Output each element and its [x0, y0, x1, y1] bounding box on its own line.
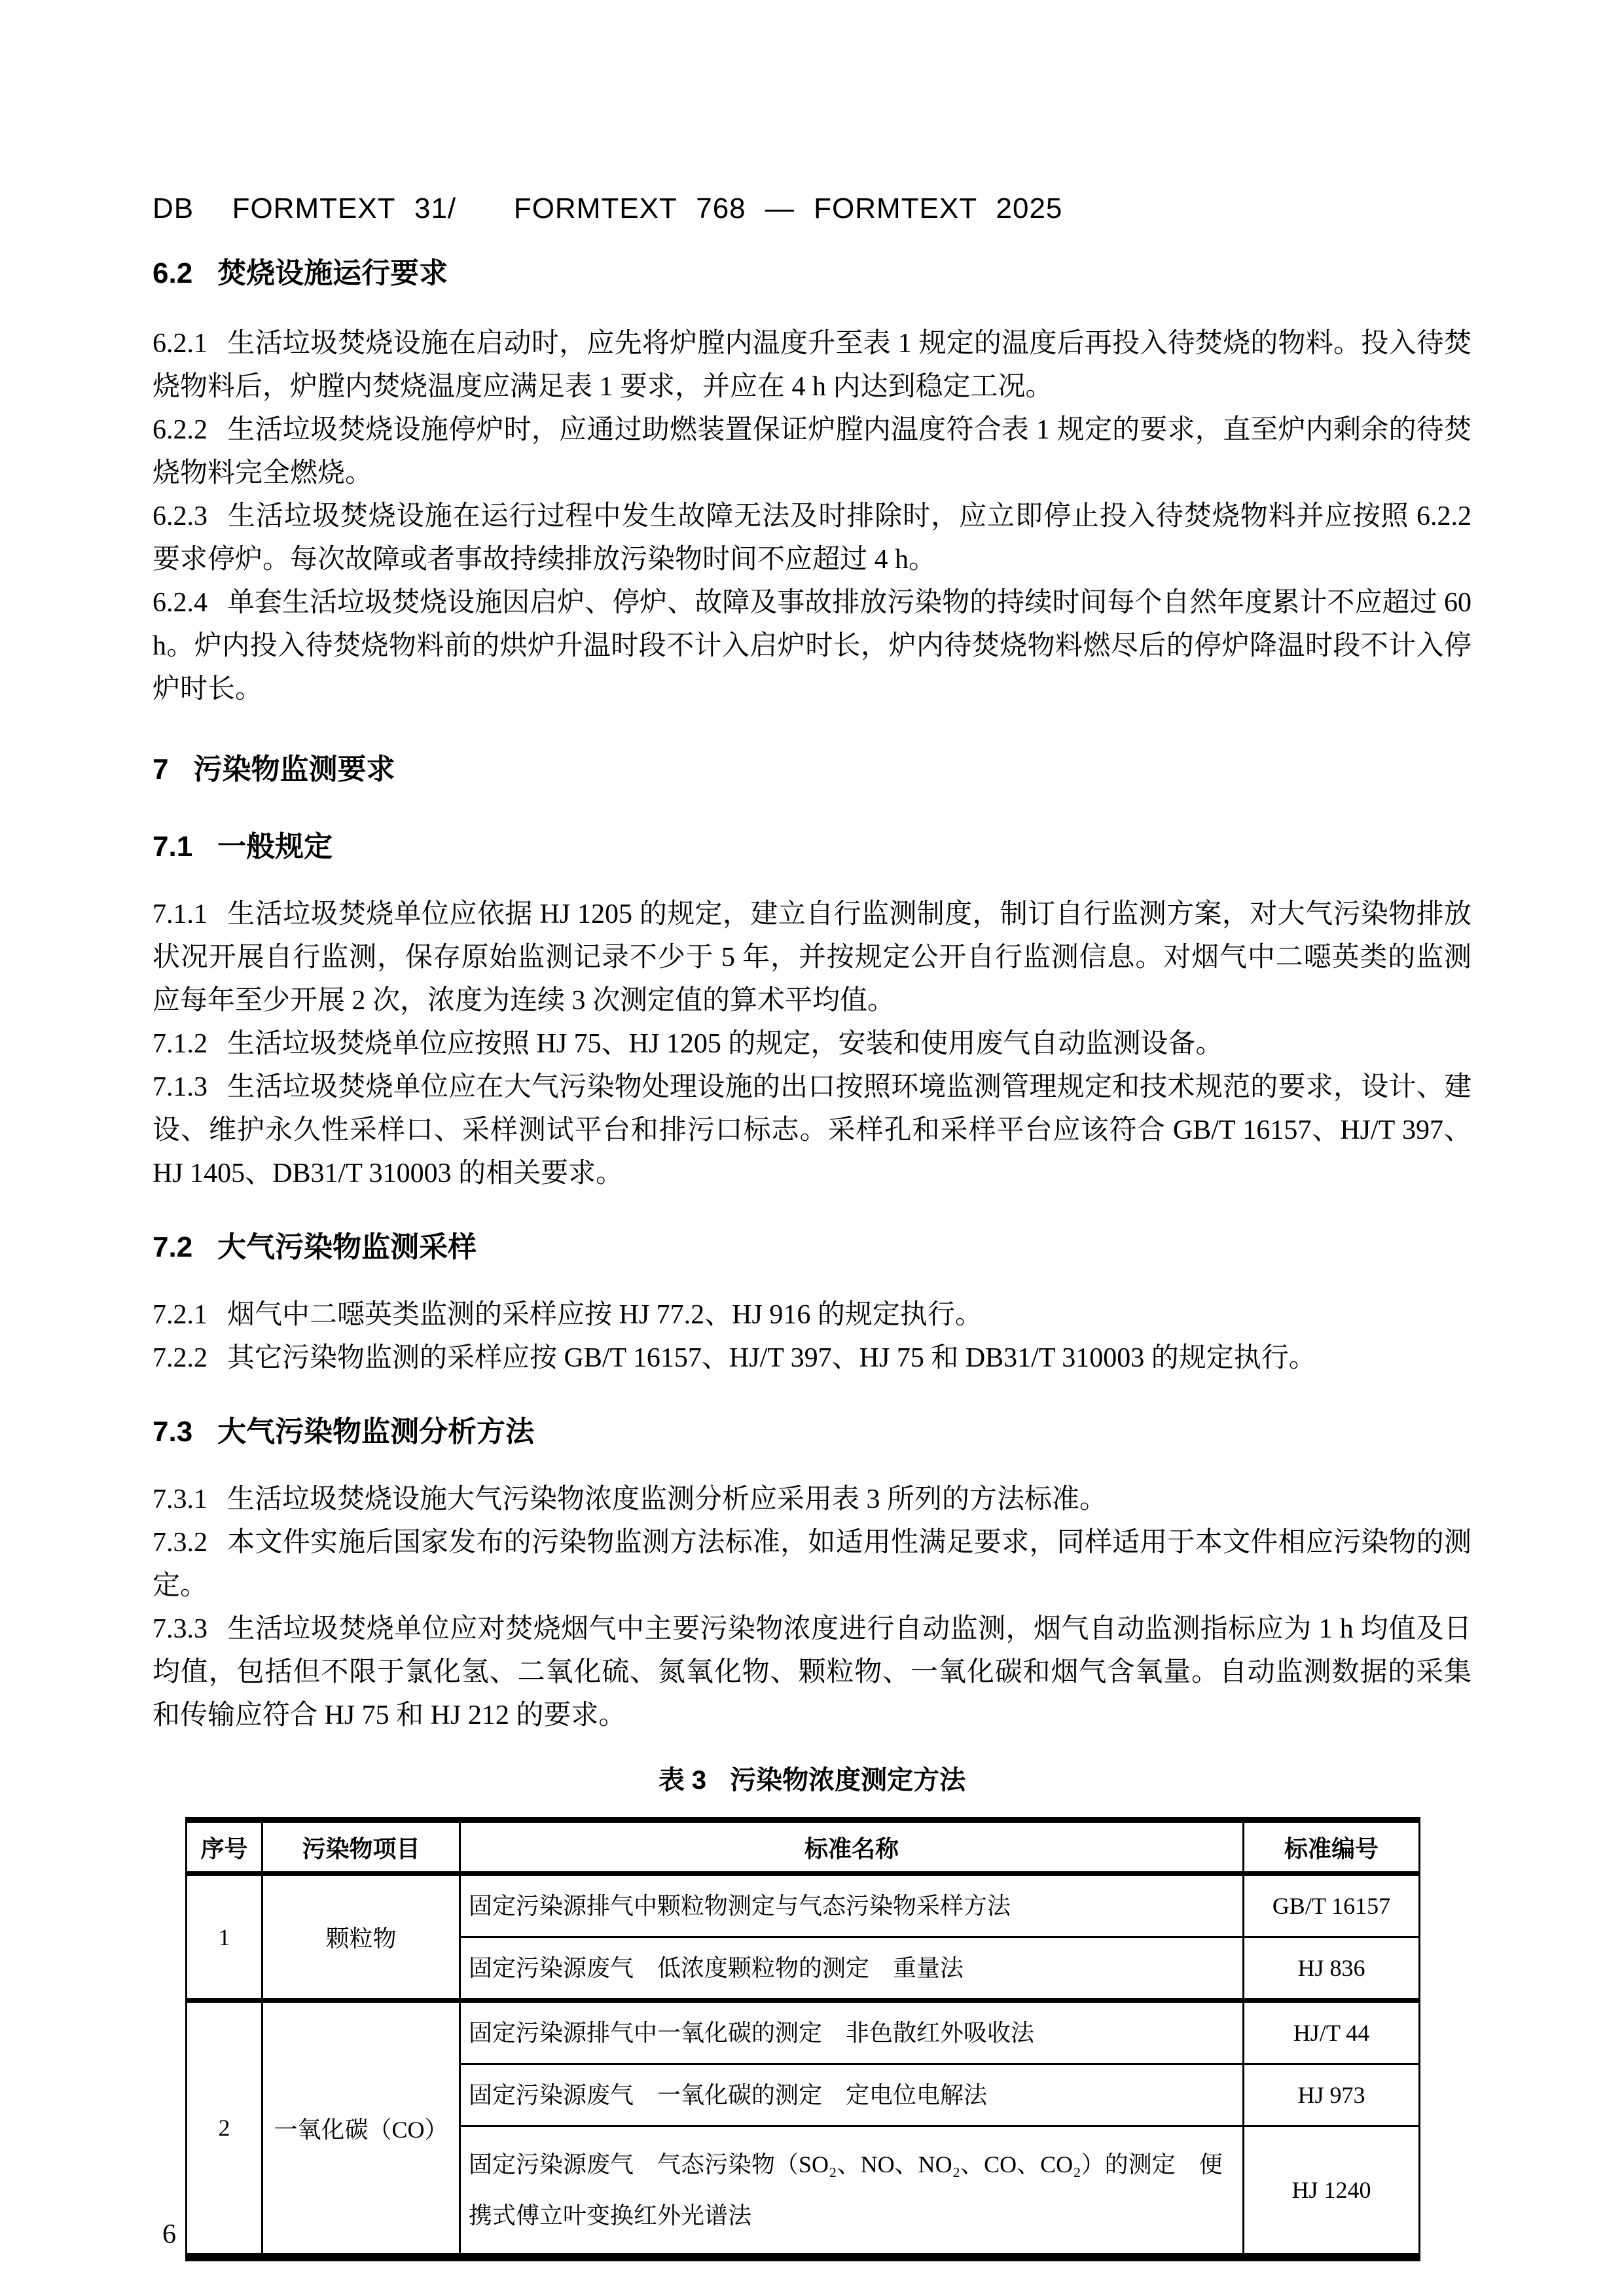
col-header-standard-name: 标准名称 — [460, 1820, 1244, 1874]
clause-text: 生活垃圾焚烧单位应依据 HJ 1205 的规定，建立自行监测制度，制订自行监测方… — [153, 899, 1471, 1016]
clause-block-7-2: 7.2.1烟气中二噁英类监测的采样应按 HJ 77.2、HJ 916 的规定执行… — [153, 1293, 1471, 1380]
cell-standard-name: 固定污染源废气 气态污染物（SO₂、NO、NO₂、CO、CO₂）的测定 便携式傅… — [460, 2126, 1244, 2257]
clause-number: 6.2.4 — [153, 588, 208, 618]
clause-paragraph: 6.2.4单套生活垃圾焚烧设施因启炉、停炉、故障及事故排放污染物的持续时间每个自… — [153, 581, 1471, 711]
table-caption-label: 表 3 — [659, 1766, 706, 1795]
cell-standard-code: GB/T 16157 — [1244, 1874, 1420, 1937]
cell-pollutant: 颗粒物 — [262, 1874, 460, 2001]
section-heading-7-1: 7.1一般规定 — [153, 831, 1471, 863]
section-heading-7: 7污染物监测要求 — [153, 754, 1471, 785]
cell-standard-name: 固定污染源排气中一氧化碳的测定 非色散红外吸收法 — [460, 2001, 1244, 2064]
clause-number: 7.2.1 — [153, 1300, 208, 1330]
section-number: 7 — [153, 753, 168, 785]
cell-standard-code: HJ 973 — [1244, 2064, 1420, 2126]
clause-block-7-1: 7.1.1生活垃圾焚烧单位应依据 HJ 1205 的规定，建立自行监测制度，制订… — [153, 893, 1471, 1195]
clause-number: 7.2.2 — [153, 1343, 208, 1373]
section-title: 大气污染物监测采样 — [217, 1231, 477, 1263]
clause-paragraph: 7.2.1烟气中二噁英类监测的采样应按 HJ 77.2、HJ 916 的规定执行… — [153, 1293, 1471, 1336]
section-heading-7-2: 7.2大气污染物监测采样 — [153, 1232, 1471, 1263]
table-row: 2 一氧化碳（CO） 固定污染源排气中一氧化碳的测定 非色散红外吸收法 HJ/T… — [187, 2001, 1420, 2064]
table-caption-title: 污染物浓度测定方法 — [730, 1766, 965, 1795]
clause-text: 生活垃圾焚烧设施大气污染物浓度监测分析应采用表 3 所列的方法标准。 — [227, 1484, 1107, 1515]
section-number: 7.1 — [153, 831, 192, 863]
table-header-row: 序号 污染物项目 标准名称 标准编号 — [187, 1820, 1420, 1874]
clause-text: 生活垃圾焚烧单位应对焚烧烟气中主要污染物浓度进行自动监测，烟气自动监测指标应为 … — [153, 1614, 1471, 1731]
clause-text: 生活垃圾焚烧设施停炉时，应通过助燃装置保证炉膛内温度符合表 1 规定的要求，直至… — [153, 415, 1471, 488]
cell-index: 1 — [187, 1874, 262, 2001]
clause-text: 生活垃圾焚烧设施在启动时，应先将炉膛内温度升至表 1 规定的温度后再投入待焚烧的… — [153, 329, 1471, 402]
clause-text: 生活垃圾焚烧单位应按照 HJ 75、HJ 1205 的规定，安装和使用废气自动监… — [227, 1029, 1223, 1059]
document-page: DB FORMTEXT 31/ FORMTEXT 768 — FORMTEXT … — [0, 0, 1624, 2296]
cell-standard-code: HJ/T 44 — [1244, 2001, 1420, 2064]
cell-standard-code: HJ 836 — [1244, 1937, 1420, 2001]
clause-text: 其它污染物监测的采样应按 GB/T 16157、HJ/T 397、HJ 75 和… — [227, 1343, 1316, 1373]
table-caption: 表 3污染物浓度测定方法 — [153, 1766, 1471, 1795]
clause-paragraph: 7.3.3生活垃圾焚烧单位应对焚烧烟气中主要污染物浓度进行自动监测，烟气自动监测… — [153, 1607, 1471, 1737]
cell-standard-name: 固定污染源排气中颗粒物测定与气态污染物采样方法 — [460, 1874, 1244, 1937]
cell-index: 2 — [187, 2001, 262, 2257]
col-header-pollutant: 污染物项目 — [262, 1820, 460, 1874]
section-title: 污染物监测要求 — [193, 753, 395, 785]
page-content: DB FORMTEXT 31/ FORMTEXT 768 — FORMTEXT … — [153, 194, 1471, 2261]
clause-text: 单套生活垃圾焚烧设施因启炉、停炉、故障及事故排放污染物的持续时间每个自然年度累计… — [153, 588, 1471, 704]
clause-paragraph: 7.3.1生活垃圾焚烧设施大气污染物浓度监测分析应采用表 3 所列的方法标准。 — [153, 1478, 1471, 1521]
section-heading-7-3: 7.3大气污染物监测分析方法 — [153, 1416, 1471, 1448]
section-number: 6.2 — [153, 257, 192, 289]
clause-number: 6.2.3 — [153, 501, 208, 531]
clause-paragraph: 7.2.2其它污染物监测的采样应按 GB/T 16157、HJ/T 397、HJ… — [153, 1336, 1471, 1380]
clause-number: 7.1.2 — [153, 1029, 208, 1059]
col-header-index: 序号 — [187, 1820, 262, 1874]
cell-standard-name: 固定污染源废气 一氧化碳的测定 定电位电解法 — [460, 2064, 1244, 2126]
clause-number: 6.2.2 — [153, 415, 208, 445]
section-title: 大气污染物监测分析方法 — [217, 1416, 534, 1448]
clause-number: 7.3.1 — [153, 1484, 208, 1515]
clause-paragraph: 7.1.2生活垃圾焚烧单位应按照 HJ 75、HJ 1205 的规定，安装和使用… — [153, 1022, 1471, 1066]
section-title: 一般规定 — [217, 831, 333, 863]
clause-number: 6.2.1 — [153, 329, 208, 359]
clause-text: 生活垃圾焚烧单位应在大气污染物处理设施的出口按照环境监测管理规定和技术规范的要求… — [153, 1072, 1471, 1189]
page-number: 6 — [162, 2220, 176, 2249]
section-number: 7.2 — [153, 1231, 192, 1263]
clause-number: 7.1.1 — [153, 899, 208, 929]
table-row: 1 颗粒物 固定污染源排气中颗粒物测定与气态污染物采样方法 GB/T 16157 — [187, 1874, 1420, 1937]
pollutant-methods-table: 序号 污染物项目 标准名称 标准编号 1 颗粒物 固定污染源排气中颗粒物测定与气… — [185, 1817, 1420, 2261]
clause-paragraph: 7.1.1生活垃圾焚烧单位应依据 HJ 1205 的规定，建立自行监测制度，制订… — [153, 893, 1471, 1022]
section-number: 7.3 — [153, 1416, 192, 1448]
cell-standard-name: 固定污染源废气 低浓度颗粒物的测定 重量法 — [460, 1937, 1244, 2001]
clause-text: 烟气中二噁英类监测的采样应按 HJ 77.2、HJ 916 的规定执行。 — [227, 1300, 983, 1330]
clause-paragraph: 7.3.2本文件实施后国家发布的污染物监测方法标准，如适用性满足要求，同样适用于… — [153, 1521, 1471, 1607]
clause-number: 7.3.3 — [153, 1614, 208, 1644]
clause-block-6-2: 6.2.1生活垃圾焚烧设施在启动时，应先将炉膛内温度升至表 1 规定的温度后再投… — [153, 322, 1471, 711]
clause-number: 7.3.2 — [153, 1528, 208, 1558]
section-title: 焚烧设施运行要求 — [217, 257, 448, 289]
clause-text: 生活垃圾焚烧设施在运行过程中发生故障无法及时排除时，应立即停止投入待焚烧物料并应… — [153, 501, 1471, 575]
clause-paragraph: 6.2.3生活垃圾焚烧设施在运行过程中发生故障无法及时排除时，应立即停止投入待焚… — [153, 495, 1471, 581]
clause-text: 本文件实施后国家发布的污染物监测方法标准，如适用性满足要求，同样适用于本文件相应… — [153, 1528, 1471, 1601]
clause-paragraph: 6.2.1生活垃圾焚烧设施在启动时，应先将炉膛内温度升至表 1 规定的温度后再投… — [153, 322, 1471, 408]
cell-standard-code: HJ 1240 — [1244, 2126, 1420, 2257]
cell-pollutant: 一氧化碳（CO） — [262, 2001, 460, 2257]
clause-paragraph: 6.2.2生活垃圾焚烧设施停炉时，应通过助燃装置保证炉膛内温度符合表 1 规定的… — [153, 408, 1471, 495]
clause-paragraph: 7.1.3生活垃圾焚烧单位应在大气污染物处理设施的出口按照环境监测管理规定和技术… — [153, 1066, 1471, 1195]
col-header-standard-code: 标准编号 — [1244, 1820, 1420, 1874]
doc-number-header: DB FORMTEXT 31/ FORMTEXT 768 — FORMTEXT … — [153, 194, 1471, 224]
section-heading-6-2: 6.2焚烧设施运行要求 — [153, 258, 1471, 289]
clause-number: 7.1.3 — [153, 1072, 208, 1102]
clause-block-7-3: 7.3.1生活垃圾焚烧设施大气污染物浓度监测分析应采用表 3 所列的方法标准。 … — [153, 1478, 1471, 1737]
